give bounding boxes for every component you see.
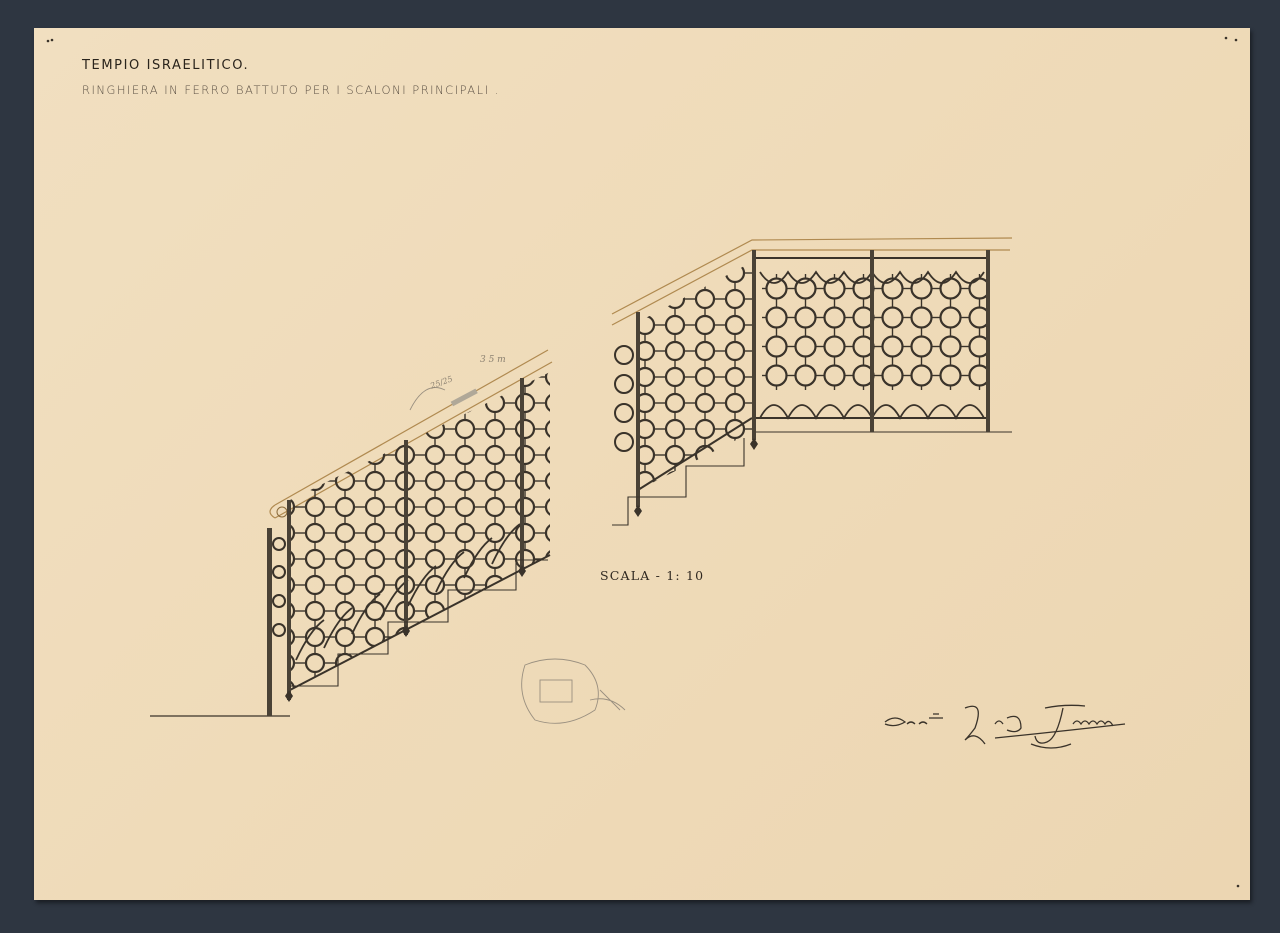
pencil-note-dimension-2: 3 5 m <box>480 355 506 365</box>
left-railing <box>150 350 552 716</box>
architect-signature <box>845 686 1135 766</box>
right-railing <box>612 238 1012 525</box>
railing-drawings <box>0 0 1280 933</box>
